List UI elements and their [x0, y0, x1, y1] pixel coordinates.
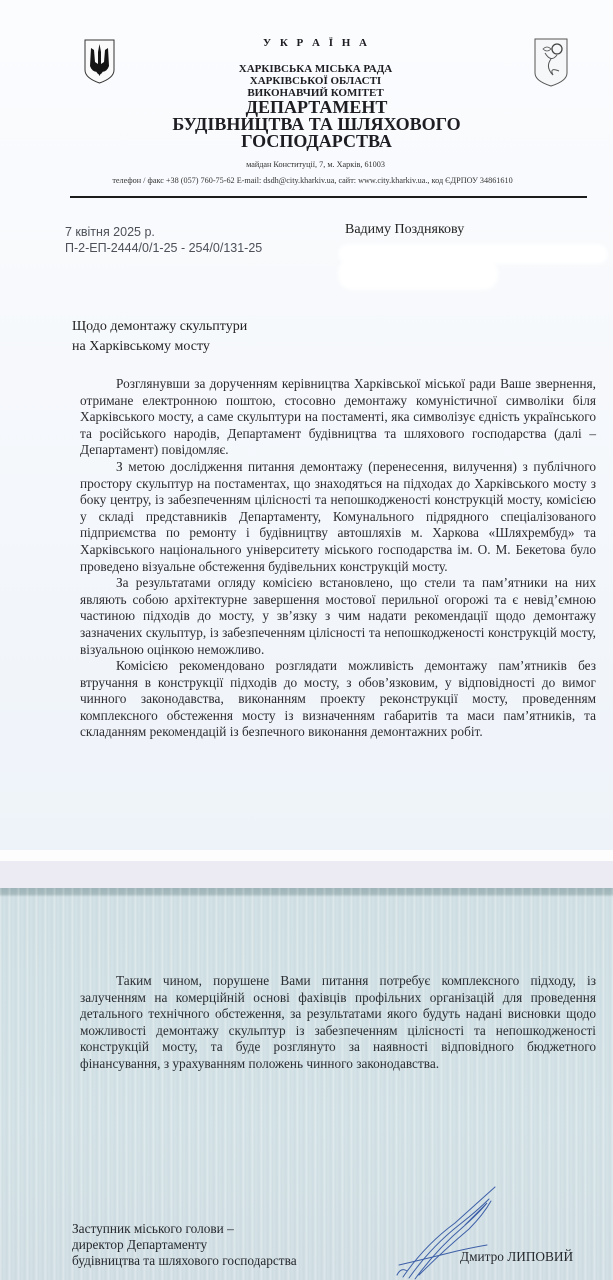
council-line: ХАРКІВСЬКА МІСЬКА РАДА — [9, 63, 613, 75]
body-paragraph: З метою дослідження питання демонтажу (п… — [80, 459, 596, 575]
signatory-title-line: будівництва та шляхового господарства — [72, 1253, 297, 1269]
handwritten-signature-icon — [395, 1185, 515, 1280]
signatory-title-line: директор Департаменту — [72, 1237, 297, 1253]
page-edge — [0, 850, 613, 861]
signatory-title: Заступник міського голови – директор Деп… — [72, 1221, 297, 1269]
header-country: У К Р А Ї Н А — [10, 37, 613, 49]
recipient-name: Вадиму Позднякову — [345, 222, 464, 238]
subject-line: на Харківському мосту — [72, 337, 247, 357]
letter-subject: Щодо демонтажу скульптури на Харківськом… — [72, 317, 247, 357]
subject-line: Щодо демонтажу скульптури — [72, 317, 247, 337]
header-council: ХАРКІВСЬКА МІСЬКА РАДА ХАРКІВСЬКОЇ ОБЛАС… — [9, 63, 613, 99]
letter-meta: 7 квітня 2025 р. П-2-ЕП-2444/0/1-25 - 25… — [65, 224, 262, 256]
body-paragraph: Розглянувши за дорученням керівництва Ха… — [80, 376, 596, 459]
body-paragraph: За результатами огляду комісією встановл… — [80, 575, 596, 658]
body-paragraph: Комісією рекомендовано розглядати можлив… — [80, 658, 596, 741]
council-line: ХАРКІВСЬКОЇ ОБЛАСТІ — [9, 75, 613, 87]
header-divider — [70, 196, 587, 198]
body-paragraph: Таким чином, порушене Вами питання потре… — [80, 973, 596, 1073]
redacted-address — [338, 258, 498, 290]
letter-body-page-2: Таким чином, порушене Вами питання потре… — [80, 973, 596, 1073]
letter-date: 7 квітня 2025 р. — [65, 224, 262, 240]
signatory-title-line: Заступник міського голови – — [72, 1221, 297, 1237]
page-gap — [0, 861, 613, 888]
header-contacts: телефон / факс +38 (057) 760-75-62 E-mai… — [6, 176, 613, 185]
header-department: ДЕПАРТАМЕНТ БУДІВНИЦТВА ТА ШЛЯХОВОГО ГОС… — [10, 99, 613, 150]
letter-page-1: У К Р А Ї Н А ХАРКІВСЬКА МІСЬКА РАДА ХАР… — [0, 0, 613, 850]
letter-reference: П-2-ЕП-2444/0/1-25 - 254/0/131-25 — [65, 240, 262, 256]
signatory-name: Дмитро ЛИПОВИЙ — [460, 1249, 573, 1265]
department-line: ГОСПОДАРСТВА — [10, 133, 613, 150]
header-address: майдан Конституції, 7, м. Харків, 61003 — [9, 160, 613, 169]
letter-body: Розглянувши за дорученням керівництва Ха… — [80, 376, 596, 741]
